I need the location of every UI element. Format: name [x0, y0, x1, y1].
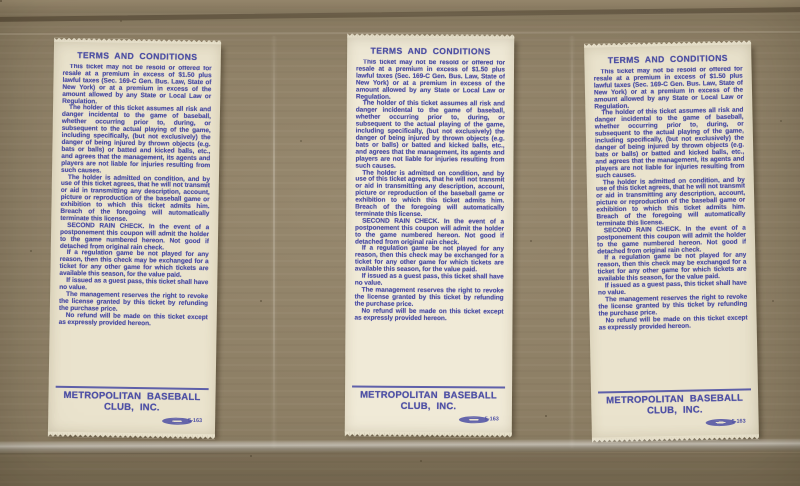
terms-paragraph: This ticket may not be resold or offered… [356, 60, 505, 102]
terms-paragraph: This ticket may not be resold or offered… [62, 64, 212, 108]
union-bug-icon [162, 417, 192, 424]
terms-paragraph: The holder of this ticket assumes all ri… [61, 105, 211, 176]
terms-text-block: This ticket may not be resold or offered… [594, 67, 748, 332]
ticket-back-content: TERMS AND CONDITIONS This ticket may not… [345, 36, 514, 433]
cardboard-bottom-shade [0, 453, 800, 486]
terms-paragraph: The holder is admitted on condition, and… [60, 174, 210, 225]
ticket-stub-3: TERMS AND CONDITIONS This ticket may not… [584, 43, 759, 438]
terms-paragraph: No refund will be made on this ticket ex… [599, 315, 748, 332]
ticket-footer: METROPOLITAN BASEBALL CLUB, INC. 5-163 [351, 386, 506, 424]
footer-divider [352, 386, 505, 389]
terms-title: TERMS AND CONDITIONS [356, 46, 505, 57]
ticket-stub-1: TERMS AND CONDITIONS This ticket may not… [48, 41, 221, 436]
terms-paragraph: The holder is admitted on condition, and… [355, 170, 504, 219]
terms-paragraph: The holder of this ticket assumes all ri… [355, 101, 504, 171]
ticket-footer: METROPOLITAN BASEBALL CLUB, INC. 5-163 [54, 386, 210, 425]
terms-paragraph: SECOND RAIN CHECK. In the event of a pos… [60, 223, 209, 253]
terms-paragraph: This ticket may not be resold or offered… [594, 67, 744, 111]
organization-name-line2: CLUB, INC. [351, 401, 506, 412]
terms-title: TERMS AND CONDITIONS [593, 53, 742, 66]
union-bug-row: 5-163 [358, 416, 499, 424]
terms-paragraph: No refund will be made on this ticket ex… [59, 312, 208, 328]
terms-paragraph: No refund will be made on this ticket ex… [354, 308, 503, 323]
sleeve-seam [571, 36, 573, 448]
ticket-stub-2: TERMS AND CONDITIONS This ticket may not… [345, 36, 514, 433]
terms-paragraph: The holder of this ticket assumes all ri… [594, 108, 744, 180]
cardboard-speckles [0, 0, 2, 2]
sleeve-seam [273, 36, 275, 448]
ticket-back-content: TERMS AND CONDITIONS This ticket may not… [48, 41, 221, 436]
ticket-back-content: TERMS AND CONDITIONS This ticket may not… [584, 43, 759, 438]
terms-paragraph: The management reserves the right to rev… [355, 287, 504, 309]
ticket-footer: METROPOLITAN BASEBALL CLUB, INC. 5-163 [597, 388, 753, 428]
union-bug-icon [459, 416, 489, 423]
terms-text-block: This ticket may not be resold or offered… [354, 60, 505, 323]
terms-paragraph: The holder is admitted on condition, and… [596, 177, 746, 228]
terms-text-block: This ticket may not be resold or offered… [59, 64, 212, 329]
union-bug-row: 5-163 [61, 416, 202, 425]
terms-title: TERMS AND CONDITIONS [63, 50, 212, 62]
terms-paragraph: SECOND RAIN CHECK. In the event of a pos… [355, 218, 504, 247]
union-bug-row: 5-163 [605, 419, 746, 429]
terms-paragraph: If a regulation game be not played for a… [355, 246, 504, 275]
terms-paragraph: If a regulation game be not played for a… [59, 250, 208, 280]
cardboard-background: TERMS AND CONDITIONS This ticket may not… [0, 0, 800, 486]
